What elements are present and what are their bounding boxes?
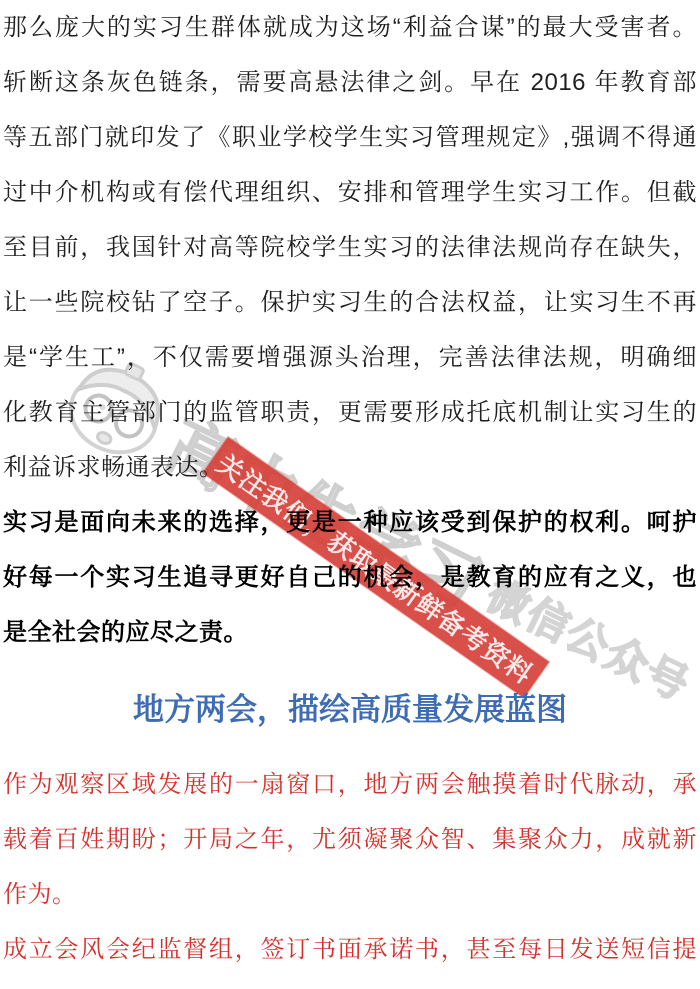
- bold-paragraph-line: 实习是面向未来的选择，更是一种应该受到保护的权利。呵护: [0, 495, 700, 550]
- paragraph-line: 至目前，我国针对高等院校学生实习的法律法规尚存在缺失，: [0, 220, 700, 275]
- article-page: 那么庞大的实习生群体就成为这场“利益合谋”的最大受害者。 斩断这条灰色链条，需要…: [0, 0, 700, 977]
- paragraph-line: 利益诉求畅通表达。: [0, 440, 700, 495]
- bold-paragraph-line: 是全社会的应尽之责。: [0, 605, 700, 660]
- red-paragraph-line: 成立会风会纪监督组，签订书面承诺书，甚至每日发送短信提: [0, 922, 700, 977]
- section-heading: 地方两会，描绘高质量发展蓝图: [0, 682, 700, 737]
- red-paragraph-line: 作为观察区域发展的一扇窗口，地方两会触摸着时代脉动，承: [0, 757, 700, 812]
- paragraph-line: 是“学生工”，不仅需要增强源头治理，完善法律法规，明确细: [0, 330, 700, 385]
- bold-paragraph-line: 好每一个实习生追寻更好自己的机会，是教育的应有之义，也: [0, 550, 700, 605]
- paragraph-line: 斩断这条灰色链条，需要高悬法律之剑。早在 2016 年教育部: [0, 55, 700, 110]
- red-paragraph: 作为观察区域发展的一扇窗口，地方两会触摸着时代脉动，承 载着百姓期盼；开局之年，…: [0, 757, 700, 977]
- paragraph-line: 化教育主管部门的监管职责，更需要形成托底机制让实习生的: [0, 385, 700, 440]
- red-paragraph-line: 作为。: [0, 867, 700, 922]
- paragraph-line: 等五部门就印发了《职业学校学生实习管理规定》,强调不得通: [0, 110, 700, 165]
- paragraph-line: 让一些院校钻了空子。保护实习生的合法权益，让实习生不再: [0, 275, 700, 330]
- paragraph-line: 过中介机构或有偿代理组织、安排和管理学生实习工作。但截: [0, 165, 700, 220]
- red-paragraph-line: 载着百姓期盼；开局之年，尤须凝聚众智、集聚众力，成就新: [0, 812, 700, 867]
- paragraph-line: 那么庞大的实习生群体就成为这场“利益合谋”的最大受害者。: [0, 0, 700, 55]
